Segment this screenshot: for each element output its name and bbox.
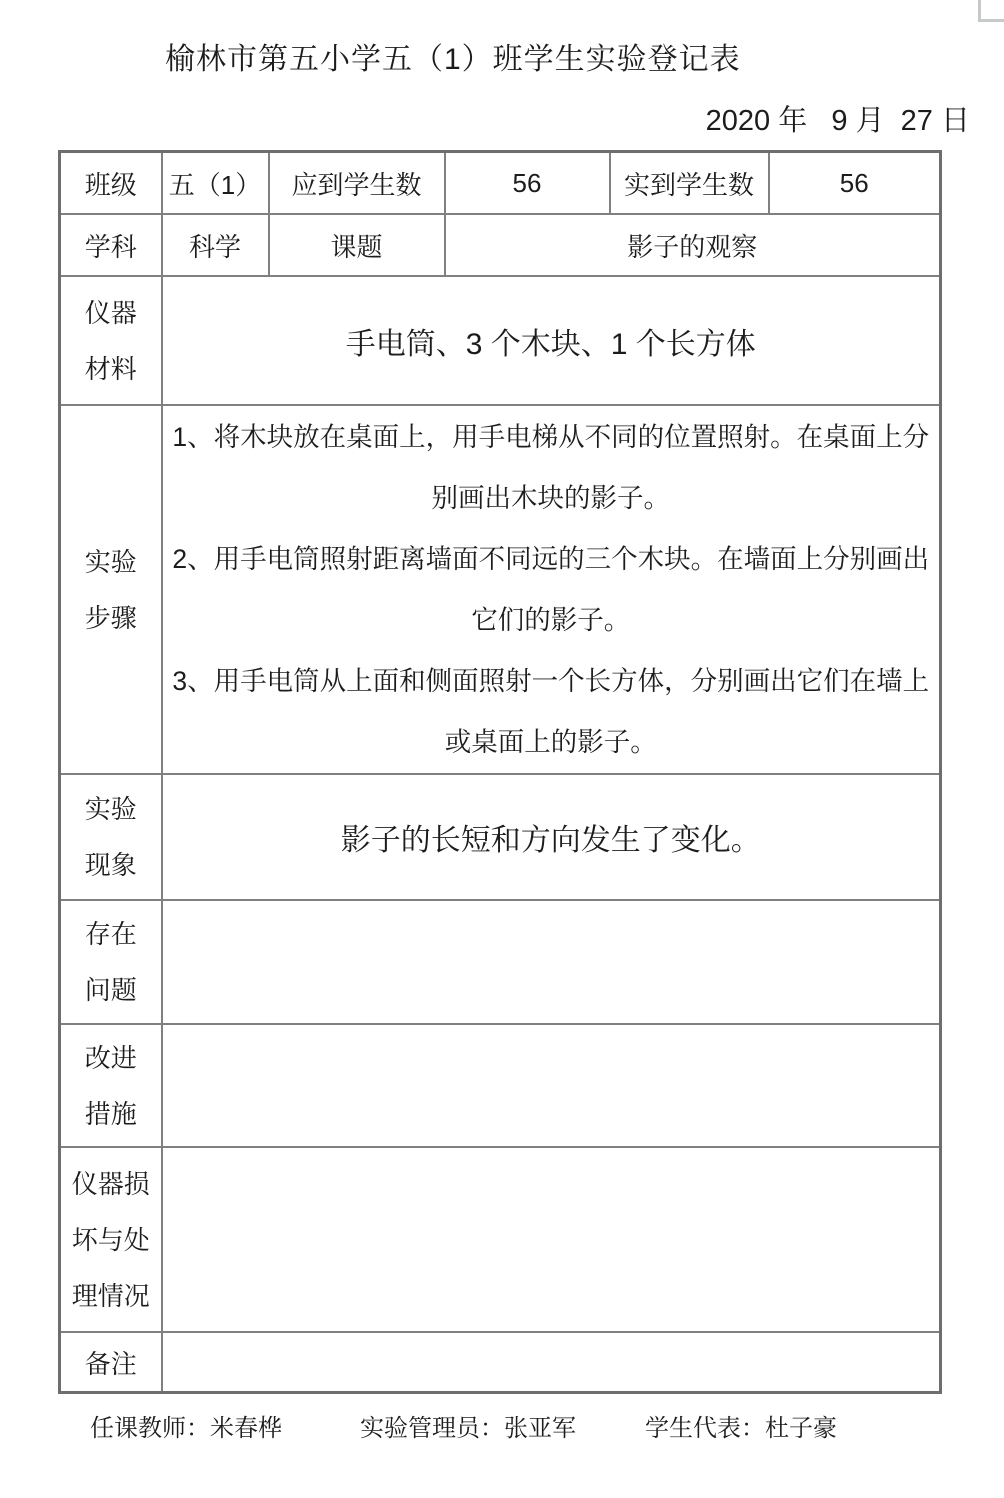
class-label: 班级	[60, 152, 162, 215]
expected-students-value: 56	[445, 152, 610, 215]
equipment-value: 手电筒、3 个木块、1 个长方体	[162, 276, 941, 405]
subject-label: 学科	[60, 214, 162, 276]
class-value: 五（1）	[162, 152, 269, 215]
corner-artifact	[978, 0, 1004, 22]
procedure-step-3: 3、用手电筒从上面和侧面照射一个长方体，分别画出它们在墙上或桌面上的影子。	[163, 651, 940, 773]
table-row: 改进 措施	[60, 1024, 941, 1147]
improvements-label: 改进 措施	[60, 1024, 162, 1147]
table-row: 实验 现象 影子的长短和方向发生了变化。	[60, 774, 941, 900]
remarks-label: 备注	[60, 1332, 162, 1393]
table-row: 学科 科学 课题 影子的观察	[60, 214, 941, 276]
actual-students-label: 实到学生数	[610, 152, 769, 215]
signature-row: 任课教师：米春桦 实验管理员：张亚军 学生代表：杜子豪	[0, 1408, 1004, 1448]
date-line: 2020 年 9 月 27 日	[706, 98, 970, 139]
procedure-step-2: 2、用手电筒照射距离墙面不同远的三个木块。在墙面上分别画出它们的影子。	[163, 529, 940, 651]
page-title: 榆林市第五小学五（1）班学生实验登记表	[165, 34, 741, 78]
procedure-content: 1、将木块放在桌面上，用手电梯从不同的位置照射。在桌面上分别画出木块的影子。 2…	[162, 405, 941, 774]
problems-label: 存在 问题	[60, 900, 162, 1024]
damage-handling-value	[162, 1147, 941, 1332]
actual-students-value: 56	[769, 152, 941, 215]
document-page: 榆林市第五小学五（1）班学生实验登记表 2020 年 9 月 27 日 班级 五…	[0, 0, 1004, 1498]
equipment-label: 仪器 材料	[60, 276, 162, 405]
table-row: 仪器 材料 手电筒、3 个木块、1 个长方体	[60, 276, 941, 405]
subject-value: 科学	[162, 214, 269, 276]
table-row: 班级 五（1） 应到学生数 56 实到学生数 56	[60, 152, 941, 215]
table-row: 存在 问题	[60, 900, 941, 1024]
teacher-signature: 任课教师：米春桦	[90, 1408, 282, 1443]
phenomenon-label: 实验 现象	[60, 774, 162, 900]
damage-handling-label: 仪器损 坏与处 理情况	[60, 1147, 162, 1332]
procedure-label: 实验 步骤	[60, 405, 162, 774]
table-row: 实验 步骤 1、将木块放在桌面上，用手电梯从不同的位置照射。在桌面上分别画出木块…	[60, 405, 941, 774]
procedure-step-1: 1、将木块放在桌面上，用手电梯从不同的位置照射。在桌面上分别画出木块的影子。	[163, 407, 940, 529]
student-representative-signature: 学生代表：杜子豪	[645, 1408, 837, 1443]
problems-value	[162, 900, 941, 1024]
table-row: 备注	[60, 1332, 941, 1393]
experiment-table: 班级 五（1） 应到学生数 56 实到学生数 56 学科 科学 课题 影子的观察…	[58, 150, 942, 1394]
phenomenon-value: 影子的长短和方向发生了变化。	[162, 774, 941, 900]
remarks-value	[162, 1332, 941, 1393]
topic-label: 课题	[269, 214, 445, 276]
table-row: 仪器损 坏与处 理情况	[60, 1147, 941, 1332]
lab-manager-signature: 实验管理员：张亚军	[360, 1408, 576, 1443]
topic-value: 影子的观察	[445, 214, 941, 276]
improvements-value	[162, 1024, 941, 1147]
expected-students-label: 应到学生数	[269, 152, 445, 215]
